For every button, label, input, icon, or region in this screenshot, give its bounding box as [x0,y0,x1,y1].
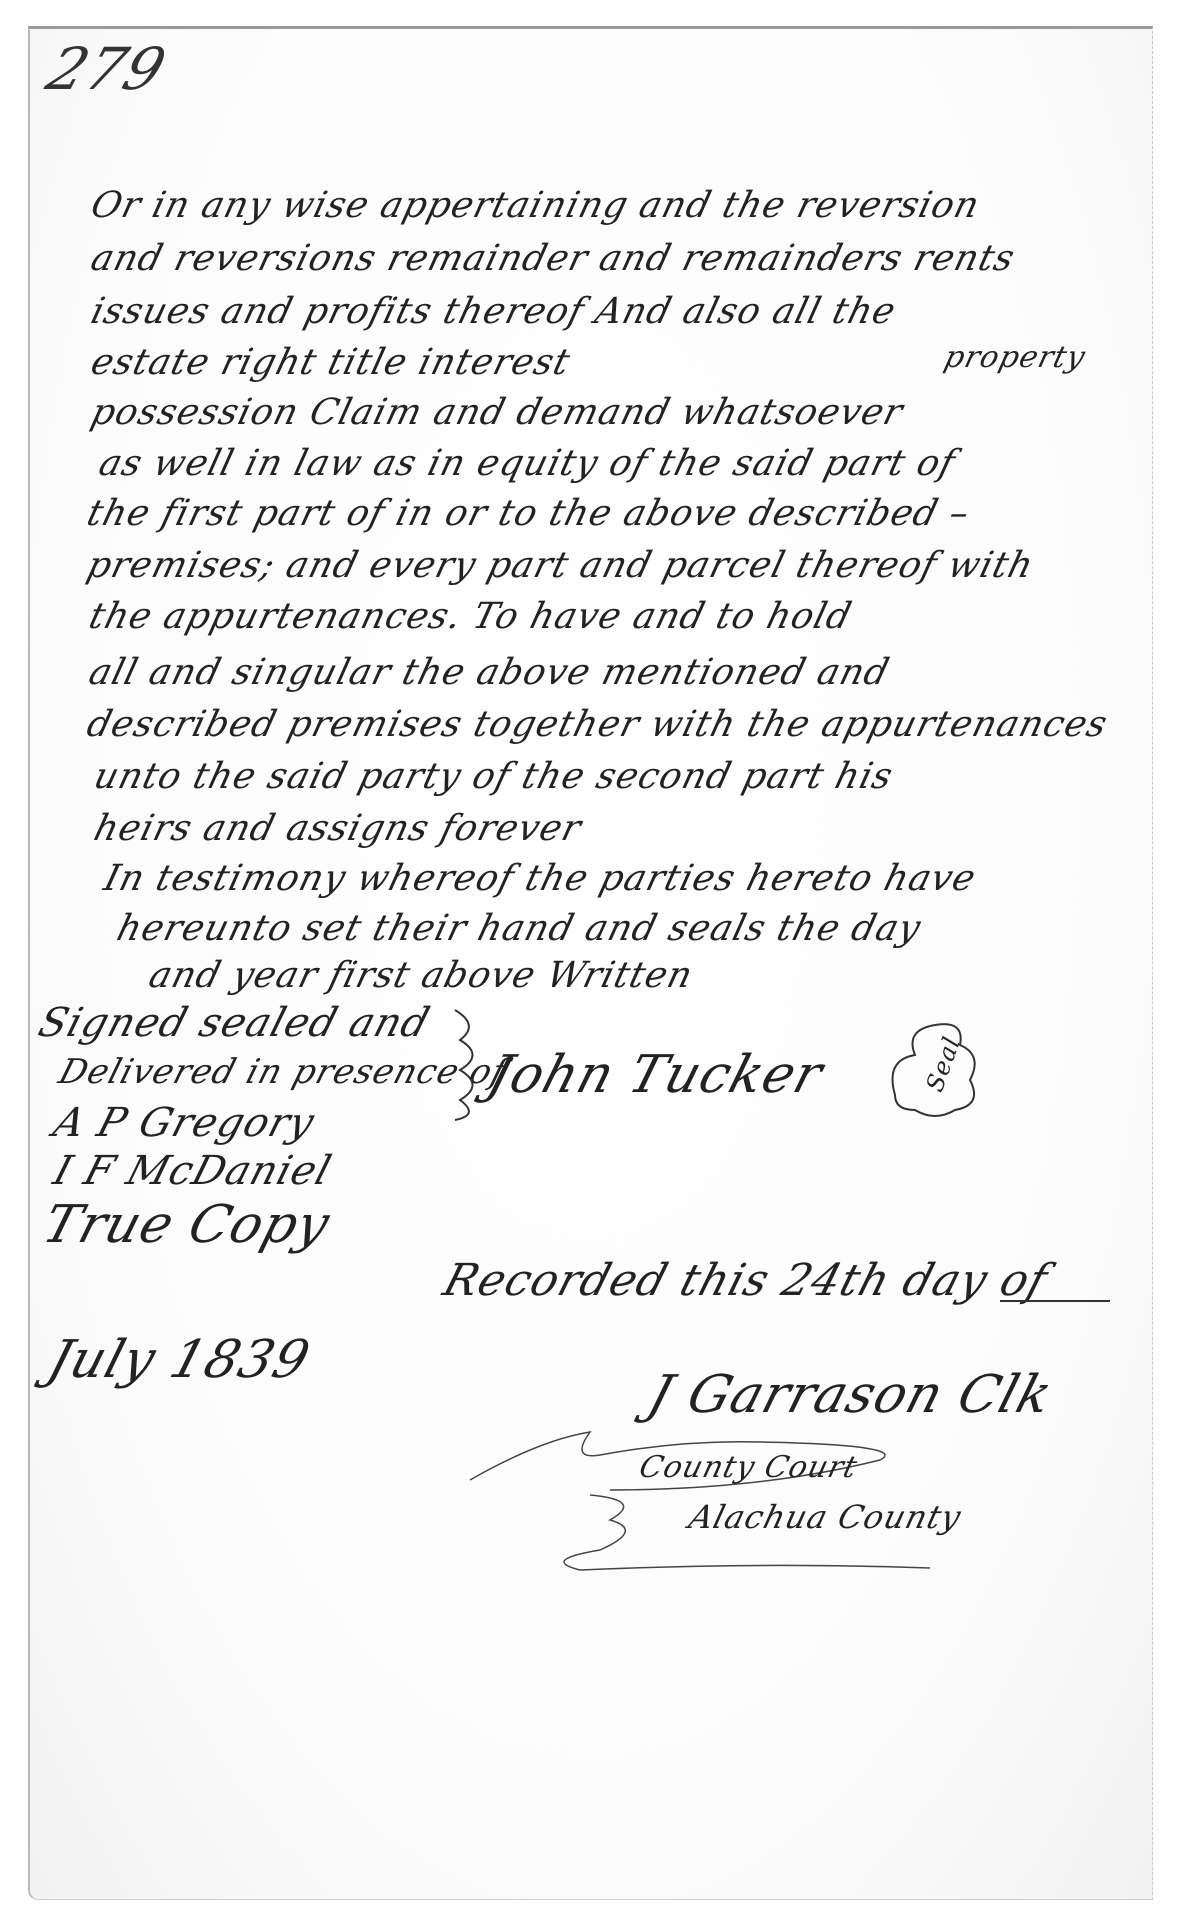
body-line-8: premises; and every part and parcel ther… [83,545,1038,586]
brace-flourish-icon [450,1005,490,1125]
clerk-court-label: County Court [636,1450,862,1485]
recorded-line: Recorded this 24th day of [438,1255,1054,1306]
witness-2-signature: I F McDaniel [48,1148,336,1194]
body-line-9: the appurtenances. To have and to hold [85,596,856,637]
page-number: 279 [39,35,175,103]
clerk-county-label: Alachua County [685,1498,965,1536]
clerk-signature: J Garrason Clk [641,1365,1059,1425]
witness-1-signature: A P Gregory [48,1100,320,1146]
body-line-14: In testimony whereof the parties hereto … [100,858,981,899]
true-copy-label: True Copy [36,1195,336,1255]
margin-word: property [941,340,1090,375]
attestation-line-2: Delivered in presence of [54,1052,511,1092]
grantor-signature: John Tucker [481,1045,829,1105]
body-line-6: as well in law as in equity of the said … [95,443,960,484]
body-line-10: all and singular the above mentioned and [85,652,894,693]
body-line-2: and reversions remainder and remainders … [87,238,1019,279]
body-line-5: possession Claim and demand whatsoever [87,392,908,433]
body-line-3: issues and profits thereof And also all … [87,291,900,332]
body-line-1: Or in any wise appertaining and the reve… [87,185,984,226]
body-line-12: unto the said party of the second part h… [90,756,897,797]
body-line-13: heirs and assigns forever [90,808,586,849]
body-line-7: the first part of in or to the above des… [83,493,974,534]
body-line-15: hereunto set their hand and seals the da… [113,908,925,949]
attestation-line-1: Signed sealed and [33,1000,435,1046]
body-line-16: and year first above Written [145,955,697,996]
underline-rule [1000,1300,1110,1302]
body-line-11: described premises together with the app… [83,704,1112,745]
body-line-4: estate right title interest [87,342,575,383]
recorded-date: July 1839 [41,1330,316,1390]
